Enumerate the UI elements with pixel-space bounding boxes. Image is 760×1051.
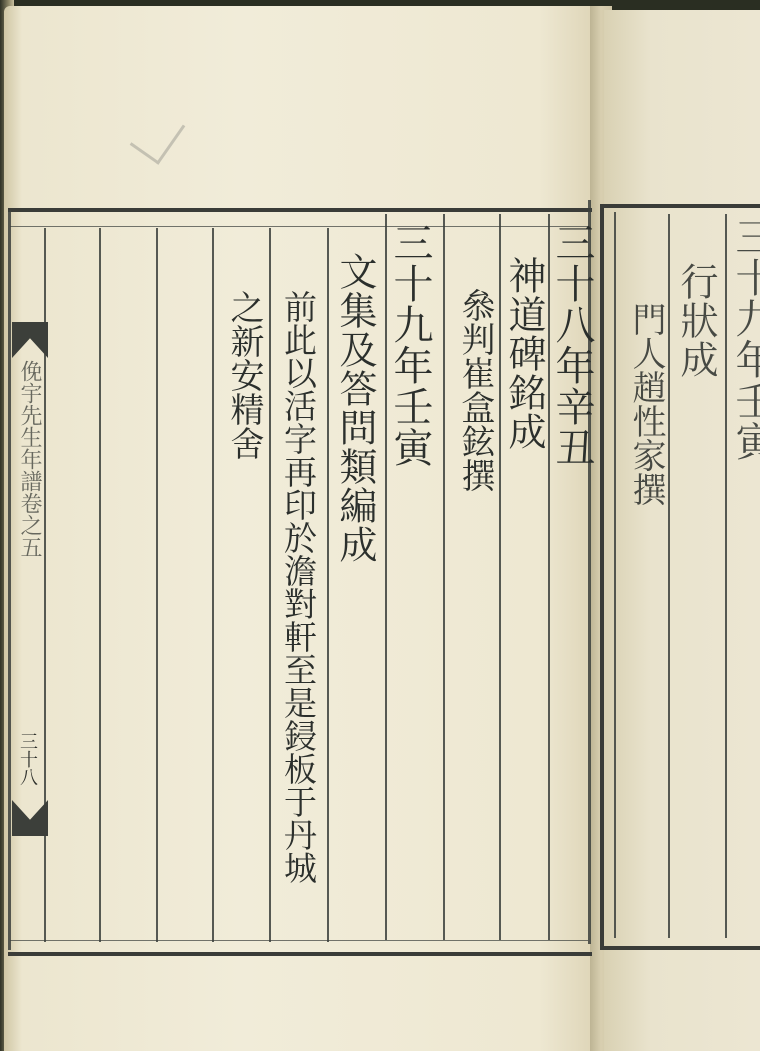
- column-rule: [614, 212, 616, 938]
- right-note-disciple-author: 門人趙性家撰: [622, 302, 670, 506]
- column-rule: [99, 228, 101, 942]
- frame-inner-top-line: [10, 226, 588, 227]
- column-rule: [156, 228, 158, 942]
- column-rule: [327, 228, 329, 942]
- entry-collected-works: 文集及答問類編成: [331, 252, 379, 564]
- right-year-heading-39: 三十九年壬寅: [728, 216, 760, 462]
- entry-stele-inscription: 神道碑銘成: [500, 256, 548, 451]
- note-author-choe: 叅判崔盒鉉撰: [451, 288, 499, 492]
- right-entry-haengjang: 行狀成: [672, 262, 720, 379]
- year-heading-39: 三十九年壬寅: [386, 222, 434, 468]
- column-rule: [443, 214, 445, 940]
- frame-left-edge: [8, 210, 11, 950]
- margin-book-title: 俛宇先生年譜卷之五: [14, 360, 44, 558]
- note-printing-history: 前此以活字再印於澹對軒至是鋟板于丹城: [276, 290, 320, 884]
- column-rule: [212, 228, 214, 942]
- note-sinan-academy: 之新安精舍: [220, 290, 268, 460]
- column-rule: [725, 214, 727, 938]
- column-rule: [269, 228, 271, 942]
- frame-inner-bottom-line: [10, 940, 588, 941]
- margin-page-number: 三十八: [16, 732, 38, 786]
- year-heading-38: 三十八年辛丑: [548, 222, 596, 468]
